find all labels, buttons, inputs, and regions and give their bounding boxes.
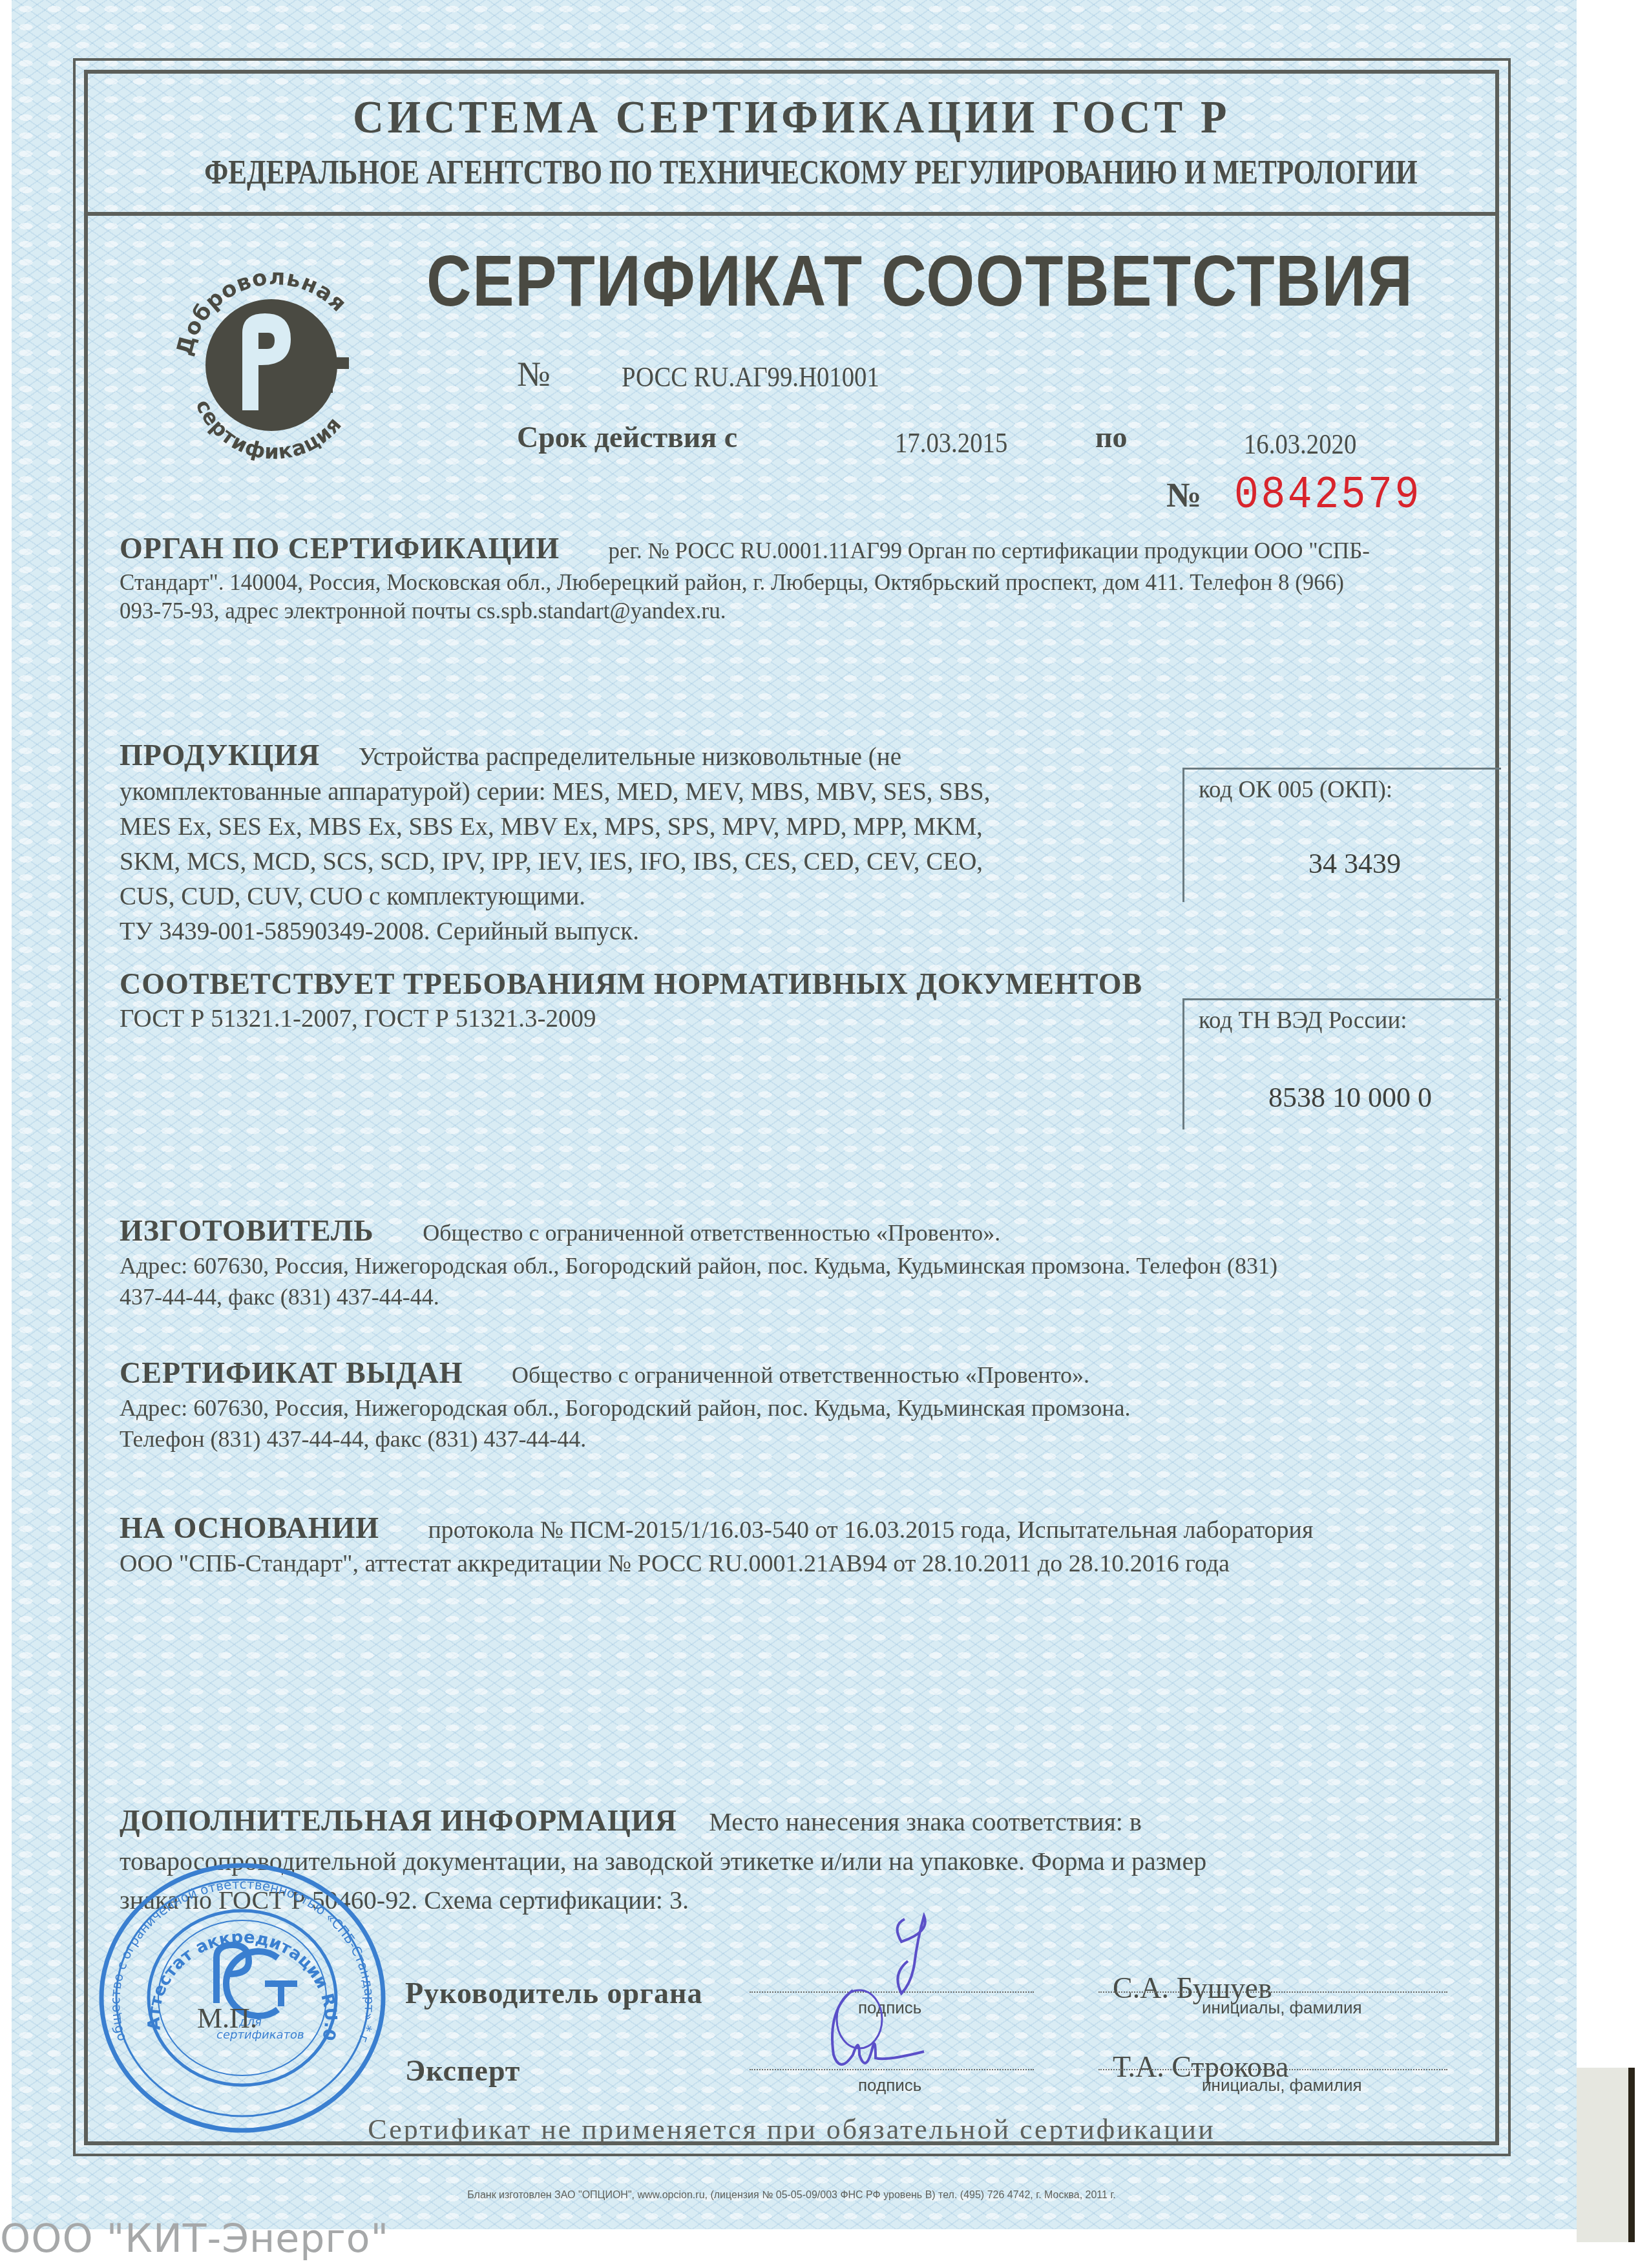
issued-to-label: СЕРТИФИКАТ ВЫДАН xyxy=(120,1356,463,1389)
certification-body-section: ОРГАН ПО СЕРТИФИКАЦИИ рег. № РОСС RU.000… xyxy=(120,531,1483,625)
product-line: SKM, MCS, MCD, SCS, SCD, IPV, IPP, IEV, … xyxy=(120,845,1166,879)
compliance-section: СООТВЕТСТВУЕТ ТРЕБОВАНИЯМ НОРМАТИВНЫХ ДО… xyxy=(120,967,1192,1036)
okp-code-label: код ОК 005 (ОКП): xyxy=(1199,776,1392,804)
manufacturer-address: Адрес: 607630, Россия, Нижегородская обл… xyxy=(120,1250,1496,1281)
tnved-code-value: 8538 10 000 0 xyxy=(1268,1081,1432,1114)
product-line: укомплектованные аппаратурой) серии: MES… xyxy=(120,775,1166,810)
okp-code-value: 34 3439 xyxy=(1308,847,1401,880)
agency-title: ФЕДЕРАЛЬНОЕ АГЕНТСТВО ПО ТЕХНИЧЕСКОМУ РЕ… xyxy=(204,154,1379,192)
certification-body-line1: рег. № РОСС RU.0001.11АГ99 Орган по серт… xyxy=(608,538,1369,563)
product-section: ПРОДУКЦИЯ Устройства распределительные н… xyxy=(120,738,1166,949)
product-line: ТУ 3439-001-58590349-2008. Серийный выпу… xyxy=(120,914,1166,949)
head-name-line xyxy=(1098,1991,1447,1994)
product-line: Устройства распределительные низковольтн… xyxy=(359,743,901,771)
scanner-edge xyxy=(1577,2068,1628,2242)
manufacturer-name: Общество с ограниченной ответственностью… xyxy=(423,1220,1000,1246)
product-line: MES Ex, SES Ex, MBS Ex, SBS Ex, MBV Ex, … xyxy=(120,810,1166,845)
system-title: СИСТЕМА СЕРТИФИКАЦИИ ГОСТ Р xyxy=(141,90,1443,144)
manufacturer-section: ИЗГОТОВИТЕЛЬ Общество с ограниченной отв… xyxy=(120,1213,1496,1312)
head-role-label: Руководитель органа xyxy=(405,1976,702,2010)
basis-section: НА ОСНОВАНИИ протокола № ПСМ-2015/1/16.0… xyxy=(120,1511,1509,1580)
certification-body-line2: Стандарт". 140004, Россия, Московская об… xyxy=(120,569,1483,597)
expert-handwritten-signature-icon xyxy=(814,1984,943,2081)
compliance-standards: ГОСТ Р 51321.1-2007, ГОСТ Р 51321.3-2009 xyxy=(120,1002,1192,1036)
issued-to-section: СЕРТИФИКАТ ВЫДАН Общество с ограниченной… xyxy=(120,1356,1496,1454)
tnved-code-label: код ТН ВЭД России: xyxy=(1199,1007,1407,1034)
basis-label: НА ОСНОВАНИИ xyxy=(120,1511,379,1544)
company-watermark: ООО "КИТ-Энерго" xyxy=(0,2216,389,2262)
valid-from-date: 17.03.2015 xyxy=(895,426,1007,459)
product-label: ПРОДУКЦИЯ xyxy=(120,739,320,772)
certification-body-line3: 093-75-93, адрес электронной почты cs.sp… xyxy=(120,597,1483,625)
tnved-code-box: код ТН ВЭД России: 8538 10 000 0 xyxy=(1182,998,1501,1129)
basis-line1: протокола № ПСМ-2015/1/16.03-540 от 16.0… xyxy=(428,1517,1313,1544)
official-stamp-icon: общество с ограниченной ответственностью… xyxy=(90,1854,394,2139)
serial-label: № xyxy=(1166,475,1201,515)
validity-label: Срок действия с xyxy=(517,420,737,454)
scanner-edge-dark xyxy=(1628,2068,1635,2242)
compliance-label: СООТВЕТСТВУЕТ ТРЕБОВАНИЯМ НОРМАТИВНЫХ ДО… xyxy=(120,967,1192,1002)
header-separator xyxy=(84,212,1499,216)
manufacturer-contacts: 437-44-44, факс (831) 437-44-44. xyxy=(120,1281,1496,1312)
issued-to-contacts: Телефон (831) 437-44-44, факс (831) 437-… xyxy=(120,1423,1496,1454)
issued-to-name: Общество с ограниченной ответственностью… xyxy=(512,1362,1089,1388)
expert-name-line xyxy=(1098,2069,1447,2072)
number-label: № xyxy=(517,354,551,394)
voluntary-notice: Сертификат не применяется при обязательн… xyxy=(84,2113,1499,2146)
expert-role-label: Эксперт xyxy=(405,2053,520,2088)
valid-to-label: по xyxy=(1095,420,1128,454)
product-line: CUS, CUD, CUV, CUO с комплектующими. xyxy=(120,879,1166,914)
additional-info-line1: Место нанесения знака соответствия: в xyxy=(709,1807,1142,1836)
valid-to-date: 16.03.2020 xyxy=(1244,428,1356,461)
printer-info: Бланк изготовлен ЗАО "ОПЦИОН", www.opcio… xyxy=(84,2190,1499,2201)
okp-code-box: код ОК 005 (ОКП): 34 3439 xyxy=(1182,768,1501,902)
expert-name-caption: инициалы, фамилия xyxy=(1202,2075,1362,2095)
additional-info-label: ДОПОЛНИТЕЛЬНАЯ ИНФОРМАЦИЯ xyxy=(120,1804,677,1837)
mp-label: М.П. xyxy=(197,2002,257,2035)
basis-line2: ООО "СПБ-Стандарт", аттестат аккредитаци… xyxy=(120,1548,1509,1580)
issued-to-address: Адрес: 607630, Россия, Нижегородская обл… xyxy=(120,1392,1496,1423)
manufacturer-label: ИЗГОТОВИТЕЛЬ xyxy=(120,1214,374,1247)
document-title: СЕРТИФИКАТ СООТВЕТСТВИЯ xyxy=(426,239,1413,322)
certificate-number: РОСС RU.АГ99.Н01001 xyxy=(622,361,879,394)
serial-number: 0842579 xyxy=(1234,470,1422,521)
pct-certification-mark-icon: Добровольная сертификация xyxy=(165,249,381,465)
certification-body-label: ОРГАН ПО СЕРТИФИКАЦИИ xyxy=(120,532,560,565)
head-name-caption: инициалы, фамилия xyxy=(1202,1998,1362,2018)
